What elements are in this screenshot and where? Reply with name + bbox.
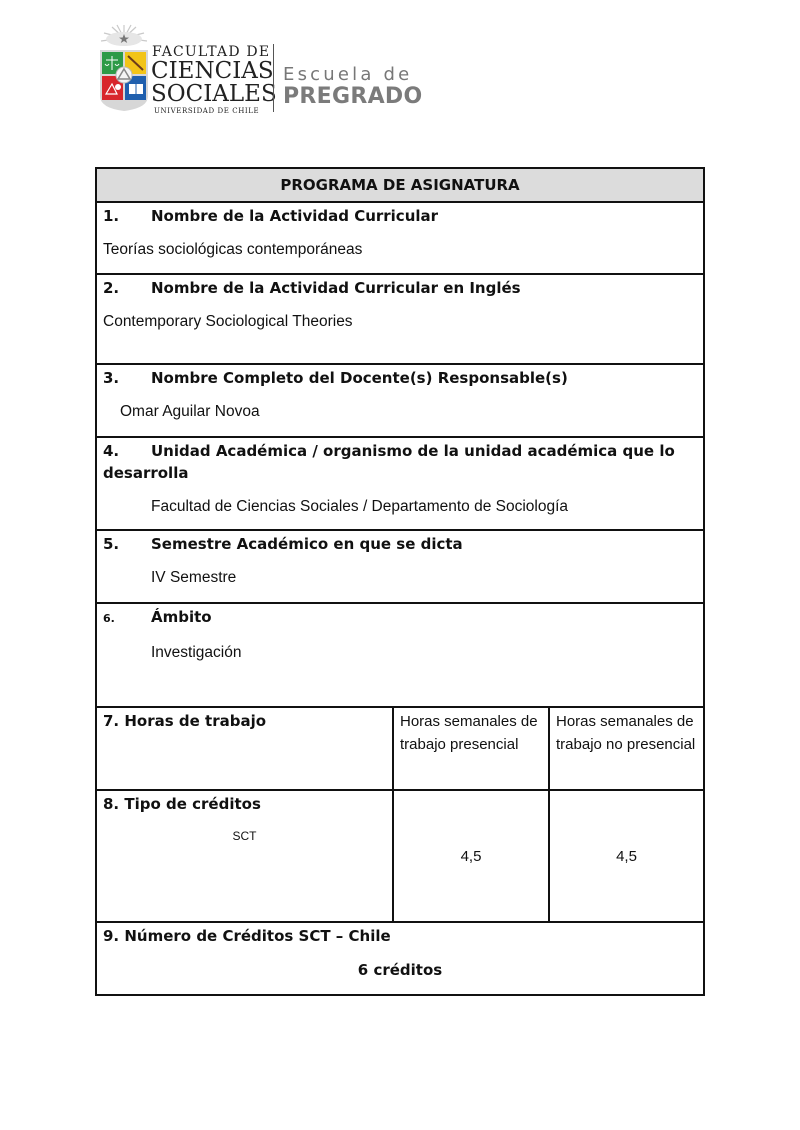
university-name: UNIVERSIDAD DE CHILE — [154, 107, 259, 115]
course-name: Teorías sociológicas contemporáneas — [103, 240, 697, 260]
credits-value: 6 créditos — [103, 961, 697, 979]
section-3: 3.Nombre Completo del Docente(s) Respons… — [96, 364, 704, 437]
section-8-title: 8. Tipo de créditos — [103, 793, 386, 815]
section-7: 7. Horas de trabajo — [96, 707, 393, 790]
section-4-title: 4.Unidad Académica / organismo de la uni… — [103, 440, 697, 484]
section-1: 1.Nombre de la Actividad Curricular Teor… — [96, 202, 704, 274]
section-7-title: 7. Horas de trabajo — [103, 710, 386, 732]
section-2: 2.Nombre de la Actividad Curricular en I… — [96, 274, 704, 364]
university-crest-icon — [97, 24, 151, 112]
logo-divider — [273, 44, 274, 112]
hours-no-presencial-value: 4,5 — [549, 790, 704, 922]
section-4: 4.Unidad Académica / organismo de la uni… — [96, 437, 704, 530]
hours-no-presencial-header: Horas semanales de trabajo no presencial — [549, 707, 704, 790]
program-title: PROGRAMA DE ASIGNATURA — [96, 168, 704, 202]
section-9: 9. Número de Créditos SCT – Chile 6 créd… — [96, 922, 704, 995]
section-9-title: 9. Número de Créditos SCT – Chile — [103, 925, 697, 947]
section-3-title: 3.Nombre Completo del Docente(s) Respons… — [103, 367, 697, 389]
hours-presencial-value: 4,5 — [393, 790, 549, 922]
section-6: 6.Ámbito Investigación — [96, 603, 704, 707]
program-table: PROGRAMA DE ASIGNATURA 1.Nombre de la Ac… — [95, 167, 705, 996]
hours-presencial-header: Horas semanales de trabajo presencial — [393, 707, 549, 790]
section-5-title: 5.Semestre Académico en que se dicta — [103, 533, 697, 555]
instructor-name: Omar Aguilar Novoa — [103, 402, 697, 422]
course-name-english: Contemporary Sociological Theories — [103, 312, 697, 332]
faculty-line-3: SOCIALES — [151, 81, 277, 107]
section-1-title: 1.Nombre de la Actividad Curricular — [103, 205, 697, 227]
semester: IV Semestre — [103, 568, 697, 588]
academic-unit: Facultad de Ciencias Sociales / Departam… — [103, 497, 697, 517]
faculty-logo: FACULTAD DE CIENCIAS SOCIALES UNIVERSIDA… — [97, 24, 437, 116]
school-line-2: PREGRADO — [283, 84, 422, 109]
section-6-title: 6.Ámbito — [103, 606, 697, 630]
section-8: 8. Tipo de créditos SCT — [96, 790, 393, 922]
section-2-title: 2.Nombre de la Actividad Curricular en I… — [103, 277, 697, 299]
credit-type-value: SCT — [103, 829, 386, 843]
section-5: 5.Semestre Académico en que se dicta IV … — [96, 530, 704, 603]
scope: Investigación — [103, 643, 697, 663]
school-line-1: Escuela de — [283, 64, 412, 85]
